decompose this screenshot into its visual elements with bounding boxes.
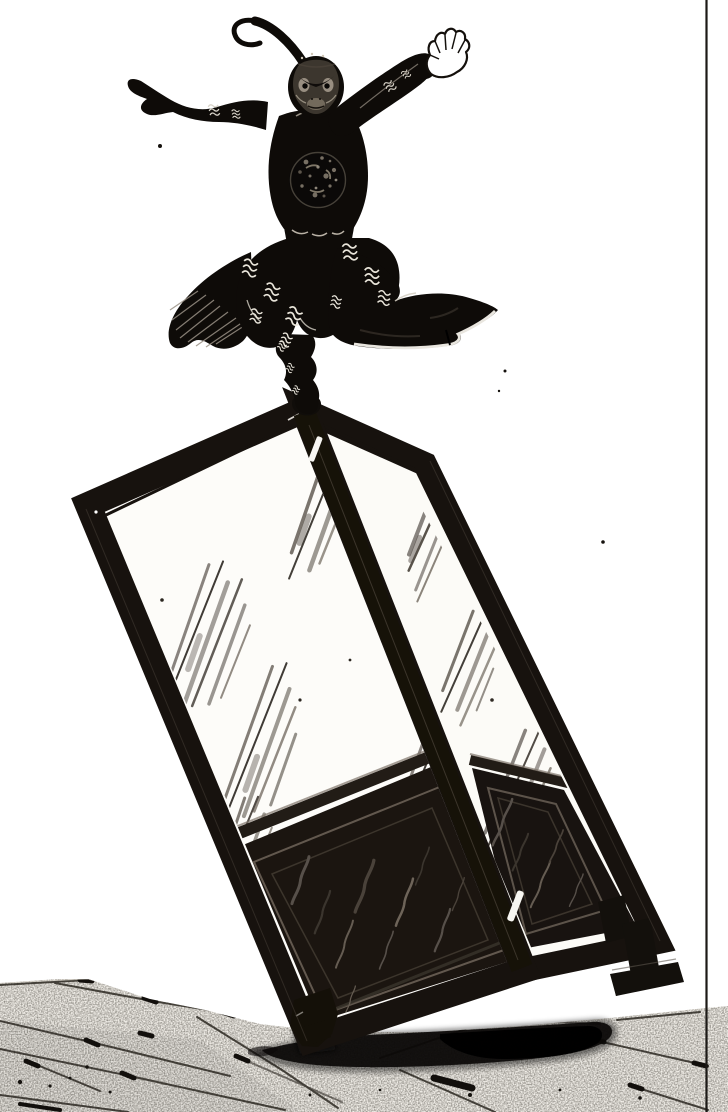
left-scarf-sleeve (128, 79, 268, 130)
waist-sash (283, 222, 355, 244)
outstretched-hand (427, 29, 470, 77)
chest-medallion (289, 151, 347, 209)
folding-screen (86, 394, 684, 1047)
monkey-king-figure (128, 20, 498, 414)
manga-panel: Black-and-white manga panel: the Monkey … (0, 0, 728, 1112)
manga-panel-artwork (0, 0, 728, 1112)
corner-pinhole (94, 510, 97, 513)
cape-sash (328, 248, 498, 349)
right-arm (328, 53, 435, 136)
